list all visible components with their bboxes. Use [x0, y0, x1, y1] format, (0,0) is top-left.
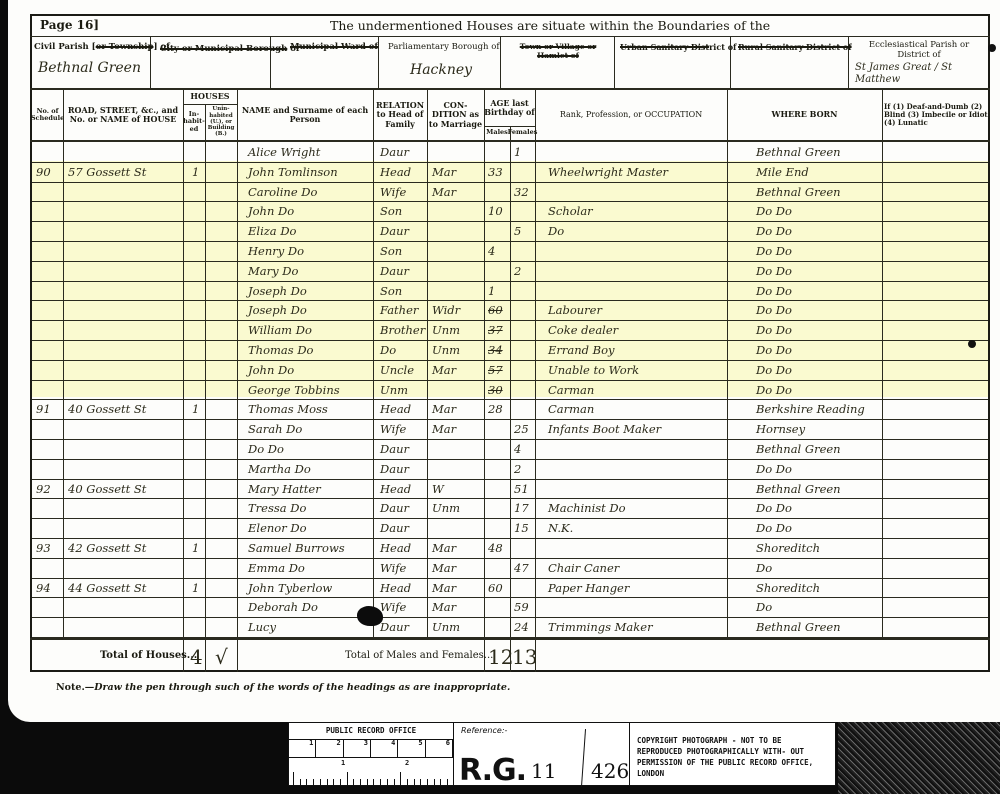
table-row: Joseph DoFatherWidr60LabourerDo Do [32, 300, 988, 320]
birthplace-cell: Berkshire Reading [756, 399, 865, 419]
col-uninhabited: Unin-habited (U.), or Building (B.) [205, 104, 237, 140]
name-cell: George Tobbins [248, 380, 340, 400]
relation-cell: Brother [380, 320, 425, 340]
relation-cell: Son [380, 281, 402, 301]
females-age-cell: 32 [514, 182, 529, 202]
inhabited-cell: 1 [192, 162, 199, 182]
ruler-tick [353, 779, 354, 786]
males-age-cell: 48 [488, 538, 503, 558]
civil-parish-label: Civil Parish [or Township] of [34, 42, 170, 52]
ruler-tick [347, 772, 348, 786]
females-age-cell: 47 [514, 558, 529, 578]
males-age-cell: 60 [488, 578, 503, 598]
ruler-tick [400, 772, 401, 786]
occupation-cell: Do [548, 221, 564, 241]
ruler-label: 2 [405, 759, 409, 767]
name-cell: Samuel Burrows [248, 538, 345, 558]
relation-cell: Wife [380, 182, 406, 202]
address-cell: 42 Gossett St [68, 538, 146, 558]
ruler-tick [387, 779, 388, 786]
inhabited-cell: 1 [192, 578, 199, 598]
occupation-cell: Infants Boot Maker [548, 419, 661, 439]
name-cell: Martha Do [248, 459, 311, 479]
hole-mark [988, 44, 996, 52]
ruler-mark: 6 [426, 739, 453, 757]
ink-blot [357, 606, 383, 626]
table-row: 9240 Gossett StMary HatterHeadW51Bethnal… [32, 479, 988, 499]
condition-cell: Unm [432, 320, 460, 340]
condition-cell: Unm [432, 340, 460, 360]
females-age-cell: 24 [514, 617, 529, 637]
series-code: R.G. [459, 753, 526, 788]
ruler-tick [313, 779, 314, 786]
col-males: Males [484, 126, 510, 140]
birthplace-cell: Bethnal Green [756, 617, 841, 637]
table-row: Emma DoWifeMar47Chair CanerDo [32, 558, 988, 578]
occupation-cell: Carman [548, 399, 594, 419]
name-cell: Lucy [248, 617, 276, 637]
name-cell: Joseph Do [248, 300, 307, 320]
ruler-tick [407, 779, 408, 786]
males-age-cell: 1 [488, 281, 495, 301]
ruler-tick [434, 779, 435, 786]
town-village-label: Town or Village or Hamlet of [508, 42, 608, 60]
urban-sanitary-label: Urban Sanitary District of [620, 42, 736, 52]
total-houses-label: Total of Houses... [100, 650, 197, 661]
relation-cell: Daur [380, 439, 409, 459]
col-occupation: Rank, Profession, or OCCUPATION [535, 90, 727, 140]
ruler-tick [427, 779, 428, 786]
ruler-mark: 3 [344, 739, 371, 757]
ruler-tick [373, 779, 374, 786]
piece-number: 11 [531, 759, 556, 783]
col-houses: HOUSES [183, 90, 237, 104]
divider [500, 36, 501, 88]
col-schedule: No. of Schedule [32, 90, 63, 140]
schedule-cell: 90 [36, 162, 51, 182]
name-cell: John Do [248, 201, 294, 221]
birthplace-cell: Do Do [756, 281, 792, 301]
ruler-tick [380, 779, 381, 786]
condition-cell: Mar [432, 399, 456, 419]
table-row: LucyDaurUnm24Trimmings MakerBethnal Gree… [32, 617, 988, 637]
table-row: John DoUncleMar57Unable to WorkDo Do [32, 360, 988, 380]
table-row: 9140 Gossett St1Thomas MossHeadMar28Carm… [32, 399, 988, 419]
ruler-tick [447, 779, 448, 786]
name-cell: Mary Hatter [248, 479, 321, 499]
condition-cell: Unm [432, 617, 460, 637]
rural-sanitary-label: Rural Sanitary District of [738, 42, 852, 52]
ruler-tick [367, 779, 368, 786]
divider [30, 36, 990, 37]
divider [581, 729, 586, 787]
relation-cell: Head [380, 538, 411, 558]
ruler-mark: 4 [371, 739, 398, 757]
ruler-tick [300, 779, 301, 786]
name-cell: William Do [248, 320, 312, 340]
occupation-cell: Errand Boy [548, 340, 615, 360]
birthplace-cell: Do Do [756, 518, 792, 538]
address-cell: 40 Gossett St [68, 479, 146, 499]
divider [183, 104, 237, 105]
hole-mark [968, 340, 976, 348]
table-row: Eliza DoDaur5DoDo Do [32, 221, 988, 241]
relation-cell: Head [380, 162, 411, 182]
males-age-cell: 30 [488, 380, 503, 400]
address-cell: 44 Gossett St [68, 578, 146, 598]
relation-cell: Daur [380, 142, 409, 162]
table-row: Caroline DoWifeMar32Bethnal Green [32, 182, 988, 202]
ruler-tick [327, 779, 328, 786]
occupation-cell: Carman [548, 380, 594, 400]
table-row: Martha DoDaur2Do Do [32, 459, 988, 479]
total-males: 12 [488, 645, 513, 669]
birthplace-cell: Mile End [756, 162, 809, 182]
birthplace-cell: Do Do [756, 380, 792, 400]
name-cell: Thomas Do [248, 340, 313, 360]
occupation-cell: Machinist Do [548, 498, 626, 518]
table-row: George TobbinsUnm30CarmanDo Do [32, 380, 988, 400]
table-row: 9342 Gossett St1Samuel BurrowsHeadMar48S… [32, 538, 988, 558]
col-age: AGE last Birthday of [484, 90, 535, 126]
table-row: Tressa DoDaurUnm17Machinist DoDo Do [32, 498, 988, 518]
page-title: The undermentioned Houses are situate wi… [330, 18, 770, 33]
schedule-cell: 93 [36, 538, 51, 558]
col-where-born: WHERE BORN [727, 90, 882, 140]
birthplace-cell: Do Do [756, 241, 792, 261]
name-cell: Emma Do [248, 558, 305, 578]
males-age-cell: 10 [488, 201, 503, 221]
name-cell: John Tomlinson [248, 162, 338, 182]
name-cell: Eliza Do [248, 221, 296, 241]
condition-cell: Mar [432, 558, 456, 578]
ecclesiastical-parish-value: St James Great / St Matthew [855, 62, 985, 86]
relation-cell: Head [380, 479, 411, 499]
ruler-mark: 1 [289, 739, 316, 757]
condition-cell: Mar [432, 597, 456, 617]
col-infirmity: If (1) Deaf-and-Dumb (2) Blind (3) Imbec… [884, 90, 988, 140]
col-condition: CON-DITION as to Marriage [427, 90, 484, 140]
condition-cell: Mar [432, 538, 456, 558]
relation-cell: Wife [380, 419, 406, 439]
males-age-cell: 34 [488, 340, 503, 360]
occupation-cell: Chair Caner [548, 558, 619, 578]
occupation-cell: N.K. [548, 518, 573, 538]
schedule-cell: 94 [36, 578, 51, 598]
condition-cell: Unm [432, 498, 460, 518]
occupation-cell: Wheelwright Master [548, 162, 668, 182]
occupation-cell: Paper Hanger [548, 578, 629, 598]
birthplace-cell: Hornsey [756, 419, 805, 439]
copyright-notice: COPYRIGHT PHOTOGRAPH - NOT TO BE REPRODU… [637, 735, 829, 779]
ruler-bottom: 12 [289, 757, 454, 786]
relation-cell: Uncle [380, 360, 414, 380]
birthplace-cell: Do Do [756, 498, 792, 518]
table-row: Alice WrightDaur1Bethnal Green [32, 142, 988, 162]
ruler-tick [333, 779, 334, 786]
table-row: John DoSon10ScholarDo Do [32, 201, 988, 221]
pro-heading: PUBLIC RECORD OFFICE [289, 723, 454, 740]
males-age-cell: 57 [488, 360, 503, 380]
relation-cell: Daur [380, 498, 409, 518]
table-row: 9444 Gossett St1John TyberlowHeadMar60Pa… [32, 578, 988, 598]
condition-cell: Mar [432, 578, 456, 598]
name-cell: Thomas Moss [248, 399, 328, 419]
birthplace-cell: Shoreditch [756, 538, 820, 558]
name-cell: Elenor Do [248, 518, 307, 538]
birthplace-cell: Do Do [756, 340, 792, 360]
relation-cell: Head [380, 399, 411, 419]
occupation-cell: Labourer [548, 300, 602, 320]
ruler-label: 1 [341, 759, 345, 767]
birthplace-cell: Bethnal Green [756, 479, 841, 499]
relation-cell: Wife [380, 558, 406, 578]
folio-number: 426 [591, 759, 629, 783]
divider [378, 36, 379, 88]
ruler-tick [306, 779, 307, 786]
name-cell: Tressa Do [248, 498, 306, 518]
birthplace-cell: Bethnal Green [756, 142, 841, 162]
film-edge [838, 722, 1000, 794]
condition-cell: Mar [432, 162, 456, 182]
occupation-cell: Scholar [548, 201, 593, 221]
males-age-cell: 4 [488, 241, 495, 261]
total-inhabited: 4 [190, 645, 203, 669]
condition-cell: Mar [432, 419, 456, 439]
relation-cell: Father [380, 300, 418, 320]
municipal-ward-label: Municipal Ward of [290, 42, 378, 52]
males-age-cell: 33 [488, 162, 503, 182]
divider [629, 723, 630, 785]
males-age-cell: 60 [488, 300, 503, 320]
name-cell: Joseph Do [248, 281, 307, 301]
col-inhabited: In-habit-ed [183, 104, 205, 140]
condition-cell: Mar [432, 182, 456, 202]
inhabited-cell: 1 [192, 538, 199, 558]
parliamentary-borough-value: Hackney [410, 62, 472, 78]
inhabited-cell: 1 [192, 399, 199, 419]
birthplace-cell: Bethnal Green [756, 439, 841, 459]
name-cell: John Tyberlow [248, 578, 332, 598]
total-uninhabited: √ [215, 645, 228, 669]
relation-cell: Son [380, 201, 402, 221]
ruler-top: 123456 [289, 739, 454, 758]
ruler-tick [414, 779, 415, 786]
divider [30, 638, 990, 640]
col-relation: RELATION to Head of Family [373, 90, 427, 140]
table-row: Thomas DoDoUnm34Errand BoyDo Do [32, 340, 988, 360]
address-cell: 57 Gossett St [68, 162, 146, 182]
birthplace-cell: Do [756, 597, 772, 617]
condition-cell: W [432, 479, 444, 499]
males-age-cell: 28 [488, 399, 503, 419]
ruler-tick [320, 779, 321, 786]
occupation-cell: Unable to Work [548, 360, 639, 380]
birthplace-cell: Shoreditch [756, 578, 820, 598]
ruler-tick [440, 779, 441, 786]
females-age-cell: 2 [514, 261, 521, 281]
table-row: Henry DoSon4Do Do [32, 241, 988, 261]
divider [614, 36, 615, 88]
name-cell: Caroline Do [248, 182, 317, 202]
females-age-cell: 51 [514, 479, 529, 499]
name-cell: Sarah Do [248, 419, 302, 439]
municipal-borough-label: City or Municipal Borough of [160, 44, 300, 54]
condition-cell: Mar [432, 360, 456, 380]
table-row: Mary DoDaur2Do Do [32, 261, 988, 281]
birthplace-cell: Do Do [756, 221, 792, 241]
table-row: 9057 Gossett St1John TomlinsonHeadMar33W… [32, 162, 988, 182]
females-age-cell: 2 [514, 459, 521, 479]
ruler-tick [360, 779, 361, 786]
ruler-mark: 5 [398, 739, 425, 757]
females-age-cell: 17 [514, 498, 529, 518]
birthplace-cell: Do [756, 558, 772, 578]
table-row: Sarah DoWifeMar25Infants Boot MakerHorns… [32, 419, 988, 439]
males-age-cell: 37 [488, 320, 503, 340]
relation-cell: Unm [380, 380, 408, 400]
ruler-tick [420, 779, 421, 786]
civil-parish-value: Bethnal Green [38, 60, 141, 76]
table-row: William DoBrotherUnm37Coke dealerDo Do [32, 320, 988, 340]
table-row: Elenor DoDaur15N.K.Do Do [32, 518, 988, 538]
relation-cell: Do [380, 340, 396, 360]
occupation-cell: Trimmings Maker [548, 617, 653, 637]
females-age-cell: 25 [514, 419, 529, 439]
ruler-mark: 2 [316, 739, 343, 757]
name-cell: Alice Wright [248, 142, 320, 162]
total-persons-label: Total of Males and Females... [345, 650, 493, 661]
schedule-cell: 91 [36, 399, 51, 419]
females-age-cell: 5 [514, 221, 521, 241]
ruler-tick [293, 772, 294, 786]
birthplace-cell: Do Do [756, 261, 792, 281]
ecclesiastical-parish-label: Ecclesiastical Parish or District of [852, 40, 986, 60]
name-cell: Henry Do [248, 241, 304, 261]
schedule-cell: 92 [36, 479, 51, 499]
parliamentary-borough-label: Parliamentary Borough of [388, 42, 500, 52]
col-road: ROAD, STREET, &c., and No. or NAME of HO… [63, 90, 183, 140]
record-office-label: PUBLIC RECORD OFFICE 123456 12 Reference… [288, 722, 836, 786]
table-row: Joseph DoSon1Do Do [32, 281, 988, 301]
ruler-tick [394, 779, 395, 786]
females-age-cell: 15 [514, 518, 529, 538]
relation-cell: Daur [380, 261, 409, 281]
col-females: Females [510, 126, 535, 140]
name-cell: Deborah Do [248, 597, 318, 617]
birthplace-cell: Bethnal Green [756, 182, 841, 202]
birthplace-cell: Do Do [756, 300, 792, 320]
address-cell: 40 Gossett St [68, 399, 146, 419]
females-age-cell: 59 [514, 597, 529, 617]
females-age-cell: 4 [514, 439, 521, 459]
page-number: Page 16] [40, 18, 99, 32]
col-name: NAME and Surname of each Person [237, 90, 373, 140]
relation-cell: Daur [380, 518, 409, 538]
females-age-cell: 1 [514, 142, 521, 162]
birthplace-cell: Do Do [756, 459, 792, 479]
total-females: 13 [512, 645, 537, 669]
table-row: Deborah DoWifeMar59Do [32, 597, 988, 617]
birthplace-cell: Do Do [756, 320, 792, 340]
relation-cell: Daur [380, 221, 409, 241]
reference-label: Reference:- [461, 726, 507, 735]
occupation-cell: Coke dealer [548, 320, 618, 340]
relation-cell: Son [380, 241, 402, 261]
name-cell: Mary Do [248, 261, 298, 281]
relation-cell: Daur [380, 617, 409, 637]
condition-cell: Widr [432, 300, 460, 320]
relation-cell: Daur [380, 459, 409, 479]
relation-cell: Head [380, 578, 411, 598]
relation-cell: Wife [380, 597, 406, 617]
ruler-tick [340, 779, 341, 786]
footnote: Note.—Draw the pen through such of the w… [56, 682, 510, 693]
name-cell: Do Do [248, 439, 284, 459]
birthplace-cell: Do Do [756, 360, 792, 380]
name-cell: John Do [248, 360, 294, 380]
table-row: Do DoDaur4Bethnal Green [32, 439, 988, 459]
birthplace-cell: Do Do [756, 201, 792, 221]
